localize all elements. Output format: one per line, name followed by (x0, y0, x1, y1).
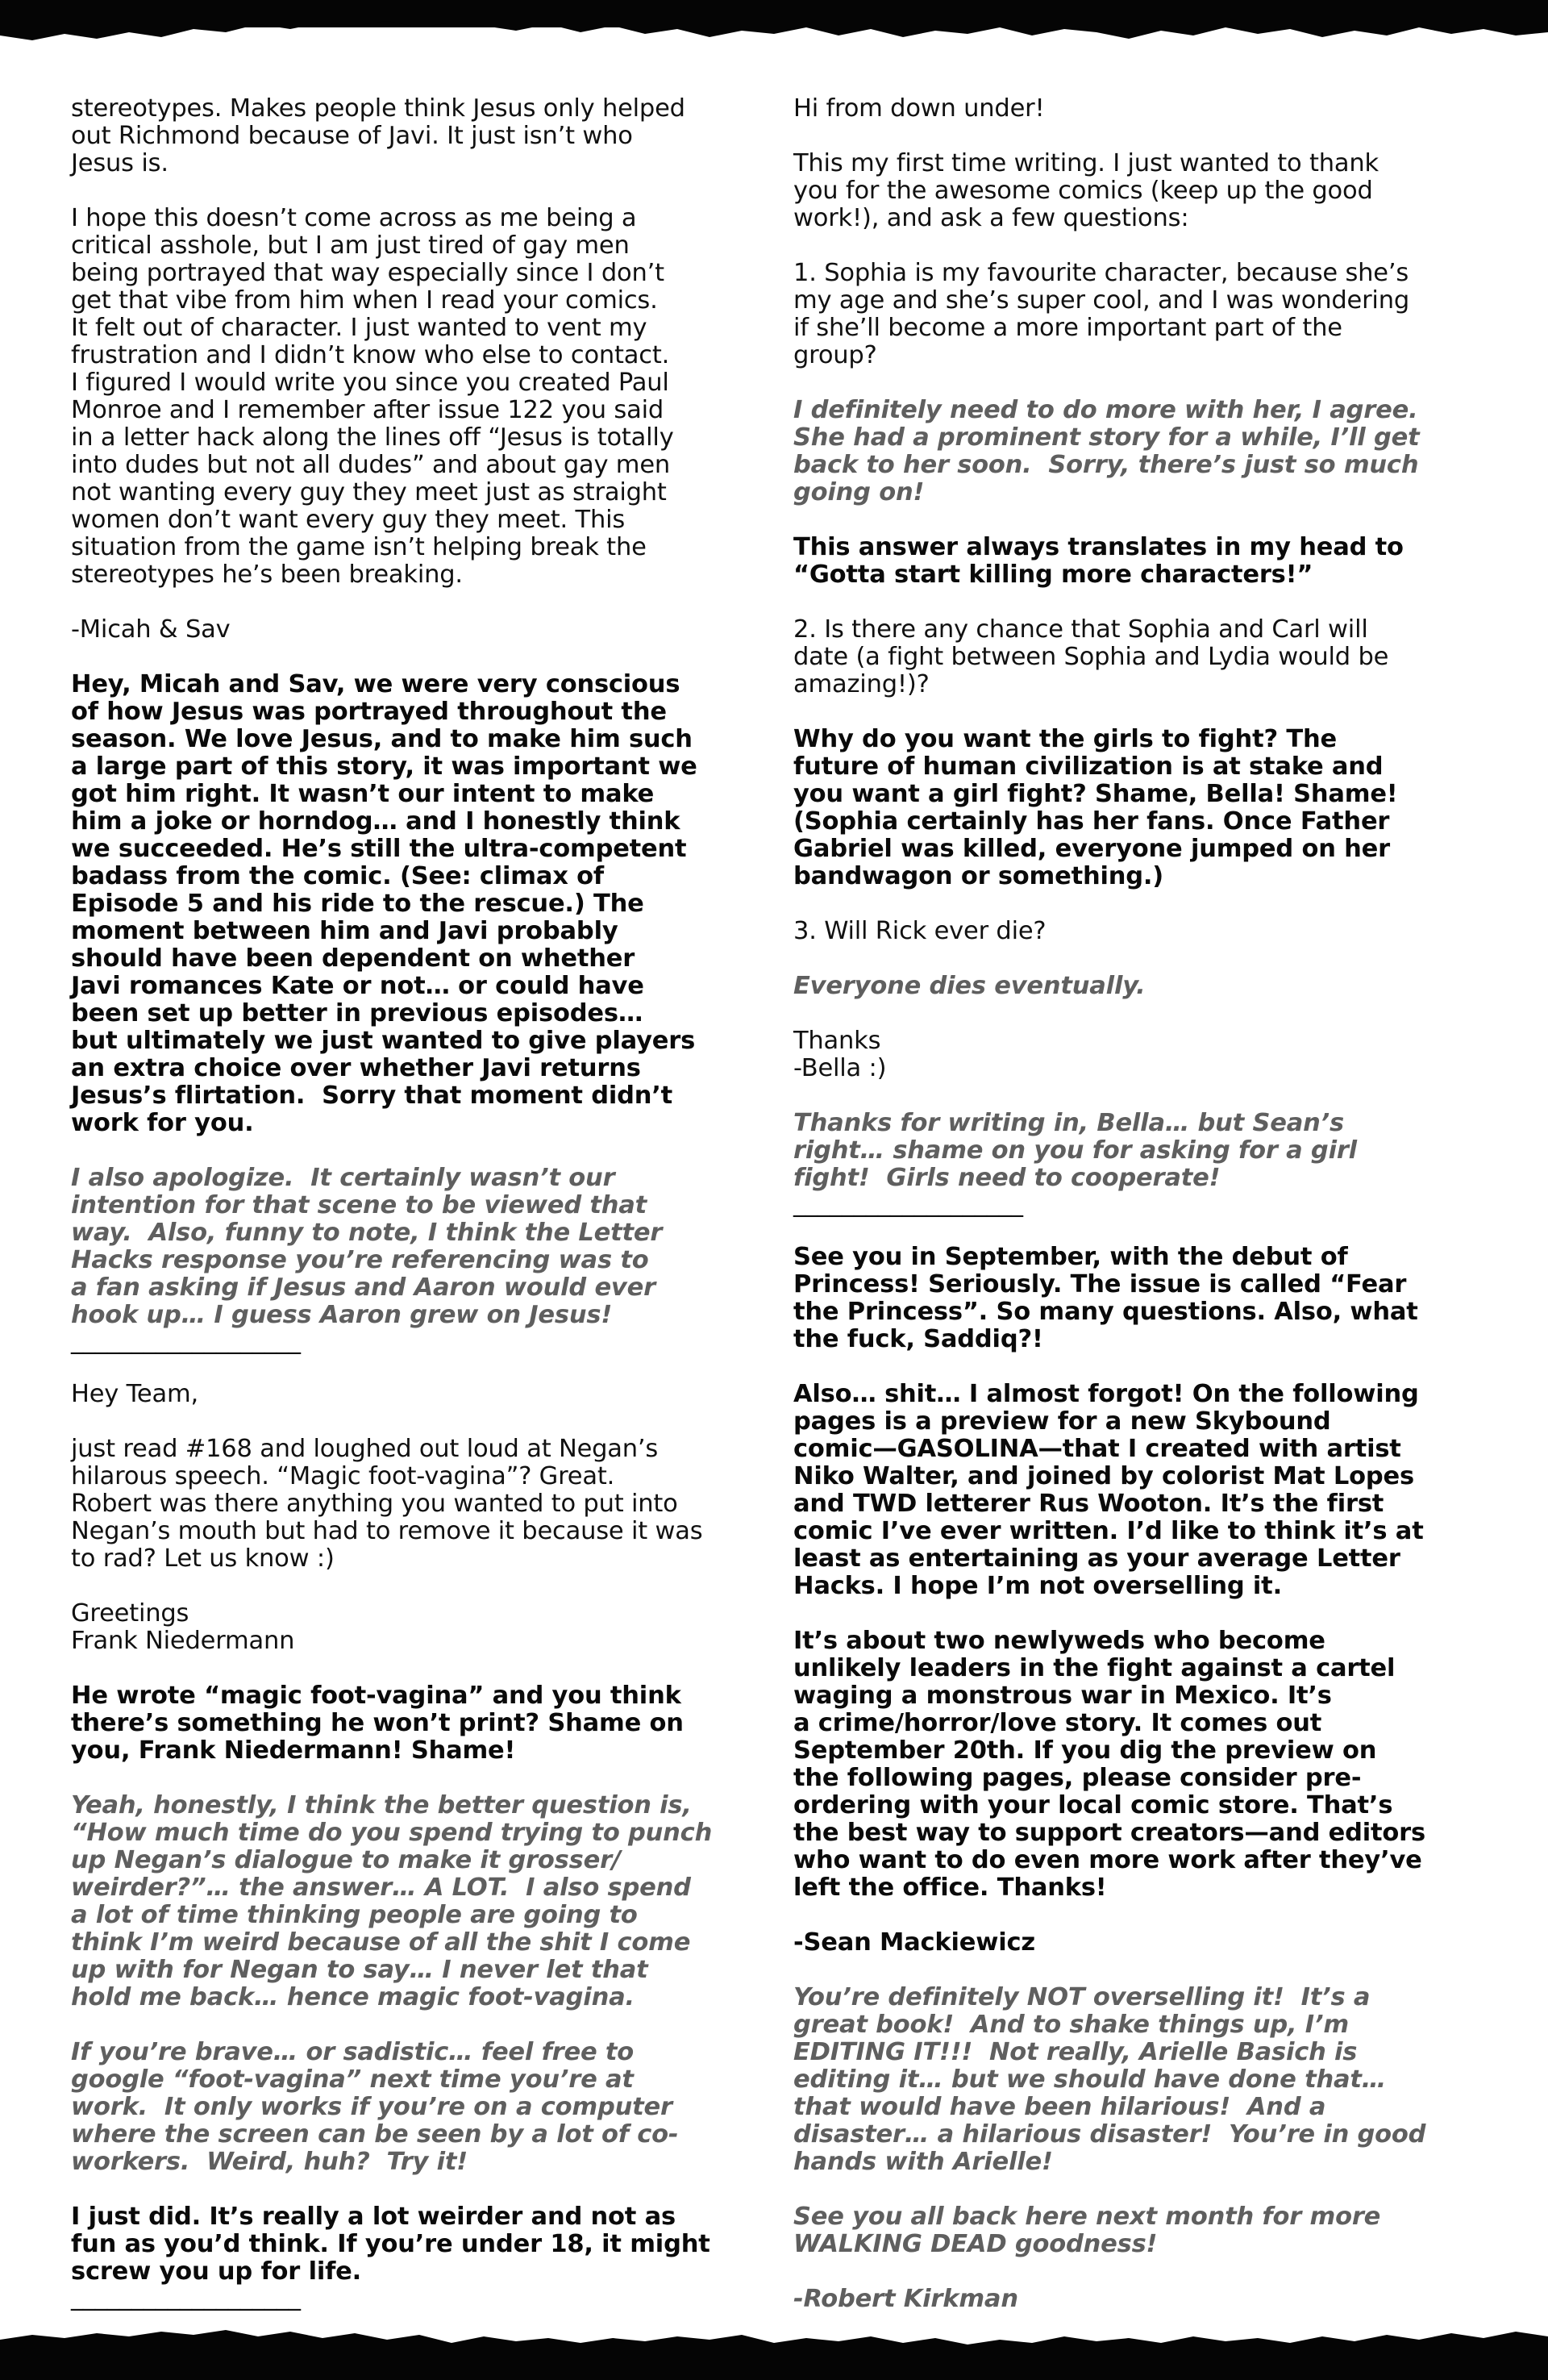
editor-signature-sean: -Sean Mackiewicz (793, 1929, 1495, 1957)
letter-signature: -Micah & Sav (71, 616, 756, 644)
editor-note-sean: See you in September, with the debut of … (793, 1244, 1495, 1353)
section-divider: ___________________ (793, 1192, 1495, 1216)
editor-reply-robert: See you all back here next month for mor… (793, 2203, 1495, 2258)
right-column: Hi from down under! This my first time w… (793, 95, 1495, 2340)
section-divider: ___________________ (71, 2286, 756, 2310)
editor-note-sean: Also… shit… I almost forgot! On the foll… (793, 1381, 1495, 1600)
letter-greeting: Hey Team, (71, 1381, 756, 1408)
letter-signature: Thanks -Bella :) (793, 1027, 1495, 1082)
ragged-edge-bottom-icon (0, 2324, 1548, 2356)
letter-body: just read #168 and loughed out loud at N… (71, 1436, 756, 1573)
letter-question-3: 3. Will Rick ever die? (793, 918, 1495, 945)
letter-question-2: 2. Is there any chance that Sophia and C… (793, 616, 1495, 698)
editor-reply-robert: You’re definitely NOT overselling it! It… (793, 1984, 1495, 2176)
editor-reply-robert: Yeah, honestly, I think the better quest… (71, 1792, 756, 2011)
letter-body: This my first time writing. I just wante… (793, 150, 1495, 232)
editor-reply-robert: I definitely need to do more with her, I… (793, 397, 1495, 506)
bottom-ink-border (0, 2346, 1548, 2380)
letter-question-1: 1. Sophia is my favourite character, bec… (793, 260, 1495, 369)
section-divider: ___________________ (71, 1329, 756, 1353)
top-ink-border (0, 0, 1548, 27)
editor-reply-sean: Hey, Micah and Sav, we were very conscio… (71, 671, 756, 1137)
letter-continuation: stereotypes. Makes people think Jesus on… (71, 95, 756, 177)
letter-greeting: Hi from down under! (793, 95, 1495, 123)
editor-reply-robert: I also apologize. It certainly wasn’t ou… (71, 1165, 756, 1329)
letters-page: stereotypes. Makes people think Jesus on… (71, 95, 1490, 2305)
left-column: stereotypes. Makes people think Jesus on… (71, 95, 756, 2337)
editor-reply-sean: I just did. It’s really a lot weirder an… (71, 2203, 756, 2286)
editor-reply-sean: Why do you want the girls to fight? The … (793, 726, 1495, 890)
letter-signature: Greetings Frank Niedermann (71, 1600, 756, 1655)
editor-reply-sean: This answer always translates in my head… (793, 534, 1495, 589)
editor-reply-robert: Everyone dies eventually. (793, 973, 1495, 1000)
editor-reply-robert: If you’re brave… or sadistic… feel free … (71, 2039, 756, 2176)
editor-signature-robert: -Robert Kirkman (793, 2286, 1495, 2313)
editor-note-sean: It’s about two newlyweds who become unli… (793, 1628, 1495, 1902)
editor-reply-robert: Thanks for writing in, Bella… but Sean’s… (793, 1110, 1495, 1192)
letter-body: I hope this doesn’t come across as me be… (71, 205, 756, 589)
ragged-edge-top-icon (0, 18, 1548, 50)
editor-reply-sean: He wrote “magic foot-vagina” and you thi… (71, 1682, 756, 1765)
